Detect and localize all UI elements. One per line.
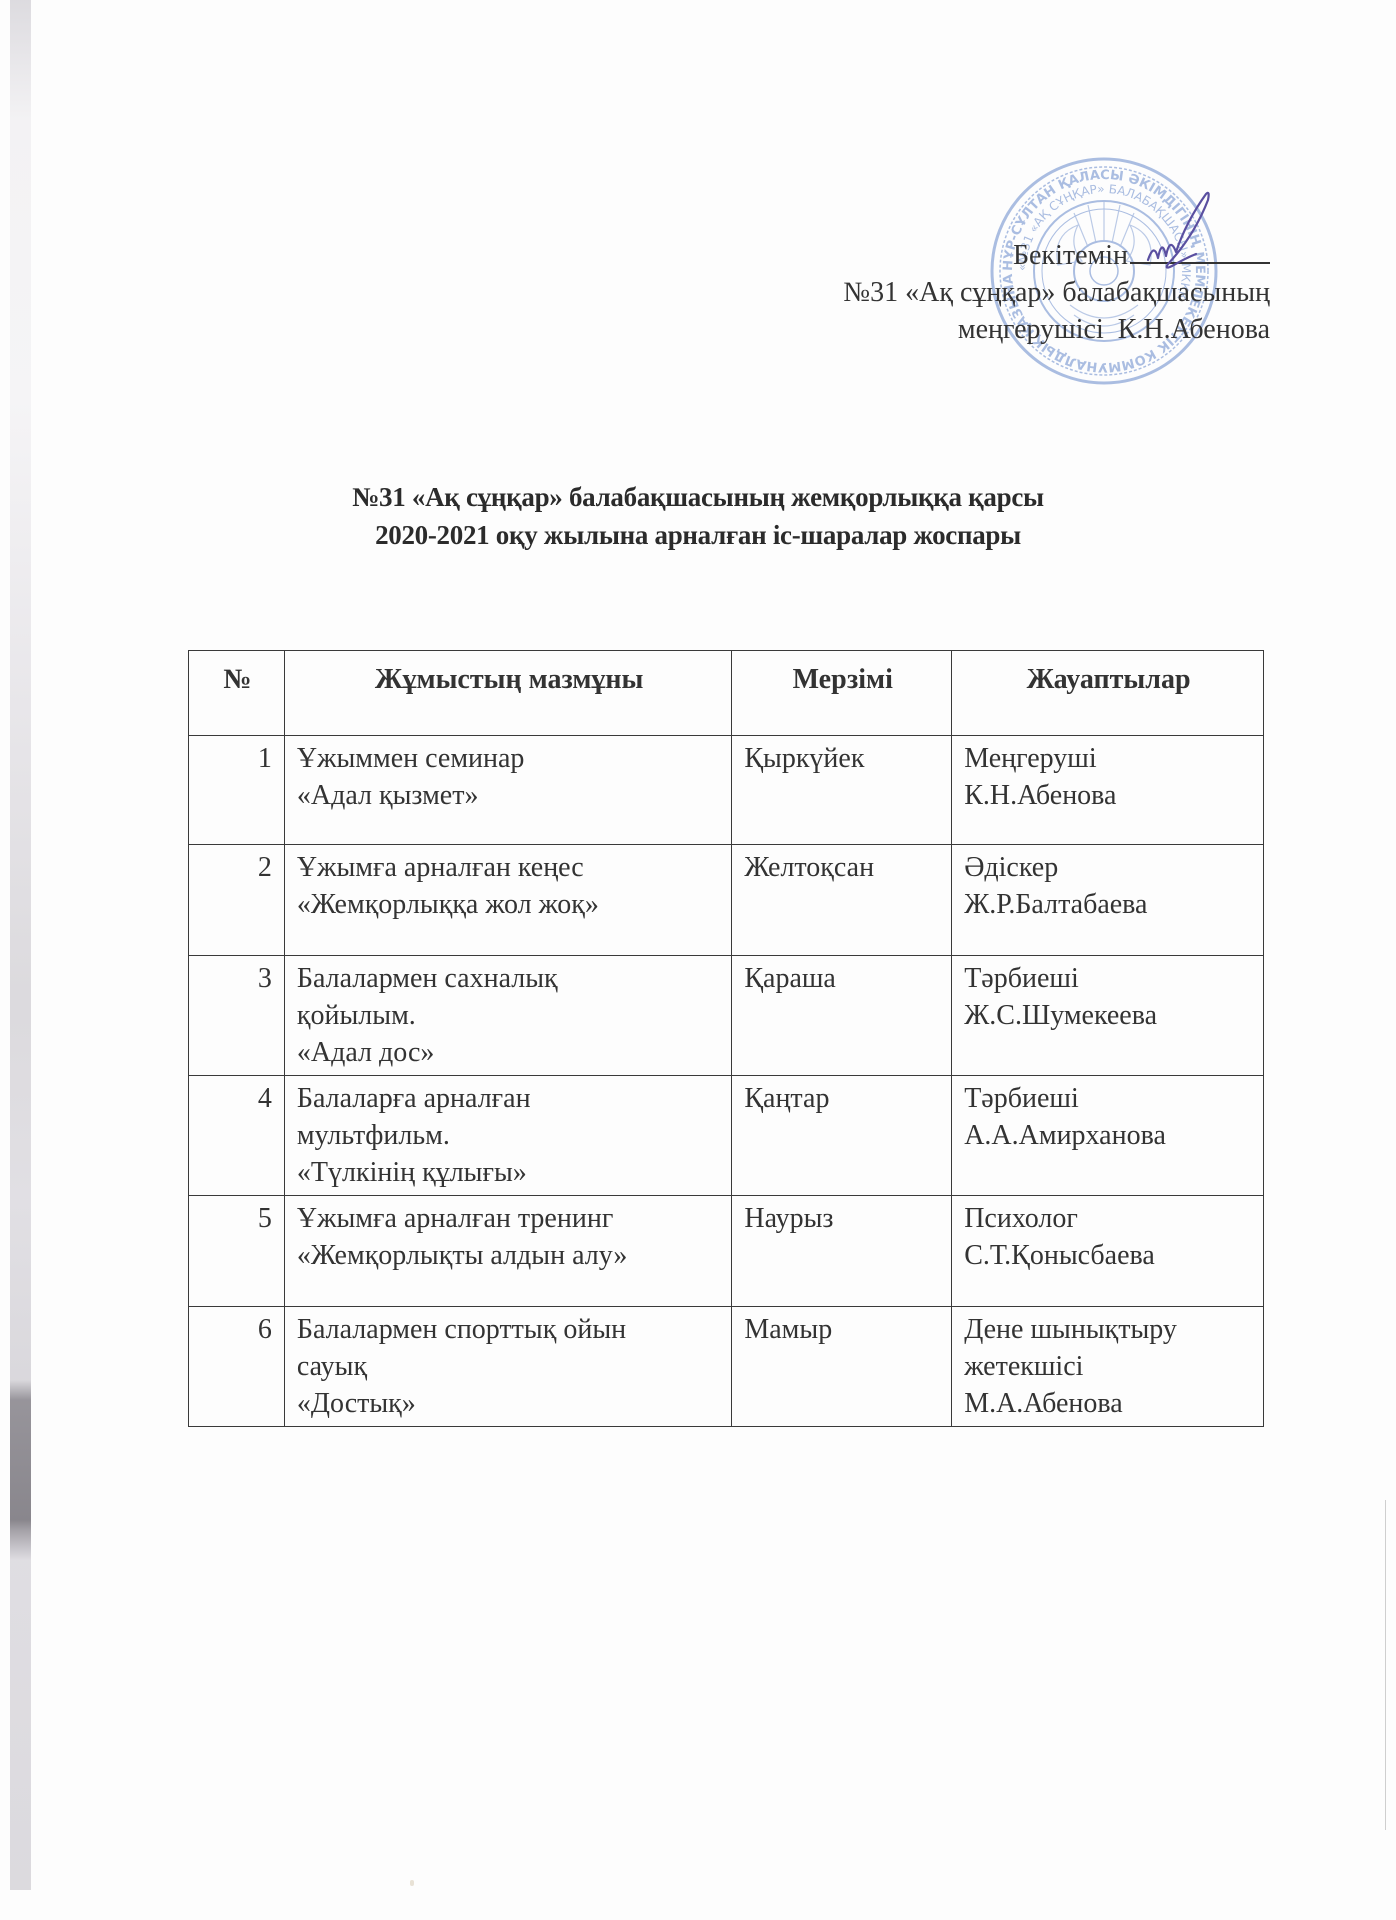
responsible-line: Меңгеруші bbox=[964, 740, 1253, 777]
responsible-line: Психолог bbox=[964, 1200, 1253, 1237]
activity-date: Қыркүйек bbox=[732, 736, 952, 845]
activity-content-line: Балаларға арналған bbox=[297, 1080, 721, 1117]
activity-content: Ұжымға арналған кеңес«Жемқорлыққа жол жо… bbox=[284, 845, 731, 956]
activity-plan-table: № Жұмыстың мазмұны Мерзімі Жауаптылар 1Ұ… bbox=[188, 650, 1264, 1427]
header-date: Мерзімі bbox=[732, 651, 952, 736]
table-row: 6Балалармен спорттық ойынсауық«Достық»Ма… bbox=[189, 1307, 1264, 1427]
activity-content-line: «Адал қызмет» bbox=[297, 777, 721, 814]
approval-line-3: меңгерушісі К.Н.Абенова bbox=[843, 311, 1270, 348]
title-line-1: №31 «Ақ сұңқар» балабақшасының жемқорлық… bbox=[0, 478, 1396, 516]
responsible-line: Ж.Р.Балтабаева bbox=[964, 886, 1253, 923]
responsible-line: С.Т.Қонысбаева bbox=[964, 1237, 1253, 1274]
paper-speck bbox=[410, 1880, 414, 1886]
scan-edge-line bbox=[1385, 1500, 1386, 1830]
header-responsible: Жауаптылар bbox=[952, 651, 1264, 736]
activity-content-line: «Түлкінің құлығы» bbox=[297, 1154, 721, 1191]
activity-content-line: «Жемқорлыққа жол жоқ» bbox=[297, 886, 721, 923]
row-number: 4 bbox=[189, 1076, 285, 1196]
responsible-line: Әдіскер bbox=[964, 849, 1253, 886]
responsible-line: Дене шынықтыру bbox=[964, 1311, 1253, 1348]
activity-responsible: ТәрбиешіЖ.С.Шумекеева bbox=[952, 956, 1264, 1076]
activity-content: Балалармен спорттық ойынсауық«Достық» bbox=[284, 1307, 731, 1427]
activity-responsible: МеңгерушіК.Н.Абенова bbox=[952, 736, 1264, 845]
header-num: № bbox=[189, 651, 285, 736]
title-line-2: 2020-2021 оқу жылына арналған іс-шаралар… bbox=[0, 516, 1396, 554]
responsible-line: Тәрбиеші bbox=[964, 1080, 1253, 1117]
row-number: 1 bbox=[189, 736, 285, 845]
activity-content-line: «Адал дос» bbox=[297, 1034, 721, 1071]
table-body: 1Ұжыммен семинар«Адал қызмет»ҚыркүйекМең… bbox=[189, 736, 1264, 1427]
signature-icon bbox=[1140, 190, 1230, 280]
activity-content-line: қойылым. bbox=[297, 997, 721, 1034]
activity-content-line: «Достық» bbox=[297, 1385, 721, 1422]
activity-content-line: Балалармен сахналық bbox=[297, 960, 721, 997]
table-row: 1Ұжыммен семинар«Адал қызмет»ҚыркүйекМең… bbox=[189, 736, 1264, 845]
approval-label: Бекітемін bbox=[1013, 240, 1128, 271]
activity-responsible: ӘдіскерЖ.Р.Балтабаева bbox=[952, 845, 1264, 956]
activity-date: Желтоқсан bbox=[732, 845, 952, 956]
row-number: 5 bbox=[189, 1196, 285, 1307]
responsible-line: жетекшісі bbox=[964, 1348, 1253, 1385]
activity-responsible: ПсихологС.Т.Қонысбаева bbox=[952, 1196, 1264, 1307]
activity-responsible: ТәрбиешіА.А.Амирханова bbox=[952, 1076, 1264, 1196]
table-row: 2Ұжымға арналған кеңес«Жемқорлыққа жол ж… bbox=[189, 845, 1264, 956]
activity-content-line: сауық bbox=[297, 1348, 721, 1385]
activity-content-line: Ұжыммен семинар bbox=[297, 740, 721, 777]
activity-date: Қаңтар bbox=[732, 1076, 952, 1196]
activity-content: Ұжыммен семинар«Адал қызмет» bbox=[284, 736, 731, 845]
approver-role: меңгерушісі bbox=[958, 314, 1104, 345]
approver-name: К.Н.Абенова bbox=[1118, 314, 1270, 345]
document-title: №31 «Ақ сұңқар» балабақшасының жемқорлық… bbox=[0, 478, 1396, 554]
activity-date: Наурыз bbox=[732, 1196, 952, 1307]
responsible-line: А.А.Амирханова bbox=[964, 1117, 1253, 1154]
header-content: Жұмыстың мазмұны bbox=[284, 651, 731, 736]
activity-content: Балаларға арналғанмультфильм.«Түлкінің қ… bbox=[284, 1076, 731, 1196]
responsible-line: К.Н.Абенова bbox=[964, 777, 1253, 814]
table-row: 5Ұжымға арналған тренинг«Жемқорлықты алд… bbox=[189, 1196, 1264, 1307]
activity-content: Балалармен сахналыққойылым.«Адал дос» bbox=[284, 956, 731, 1076]
activity-content-line: «Жемқорлықты алдын алу» bbox=[297, 1237, 721, 1274]
row-number: 3 bbox=[189, 956, 285, 1076]
activity-content: Ұжымға арналған тренинг«Жемқорлықты алды… bbox=[284, 1196, 731, 1307]
table-header-row: № Жұмыстың мазмұны Мерзімі Жауаптылар bbox=[189, 651, 1264, 736]
table-row: 4Балаларға арналғанмультфильм.«Түлкінің … bbox=[189, 1076, 1264, 1196]
activity-content-line: Балалармен спорттық ойын bbox=[297, 1311, 721, 1348]
activity-date: Қараша bbox=[732, 956, 952, 1076]
responsible-line: Ж.С.Шумекеева bbox=[964, 997, 1253, 1034]
responsible-line: М.А.Абенова bbox=[964, 1385, 1253, 1422]
activity-content-line: мультфильм. bbox=[297, 1117, 721, 1154]
row-number: 2 bbox=[189, 845, 285, 956]
activity-content-line: Ұжымға арналған кеңес bbox=[297, 849, 721, 886]
activity-responsible: Дене шынықтыружетекшісіМ.А.Абенова bbox=[952, 1307, 1264, 1427]
row-number: 6 bbox=[189, 1307, 285, 1427]
activity-date: Мамыр bbox=[732, 1307, 952, 1427]
table-row: 3Балалармен сахналыққойылым.«Адал дос»Қа… bbox=[189, 956, 1264, 1076]
responsible-line: Тәрбиеші bbox=[964, 960, 1253, 997]
activity-content-line: Ұжымға арналған тренинг bbox=[297, 1200, 721, 1237]
scan-edge-strip bbox=[10, 0, 31, 1890]
